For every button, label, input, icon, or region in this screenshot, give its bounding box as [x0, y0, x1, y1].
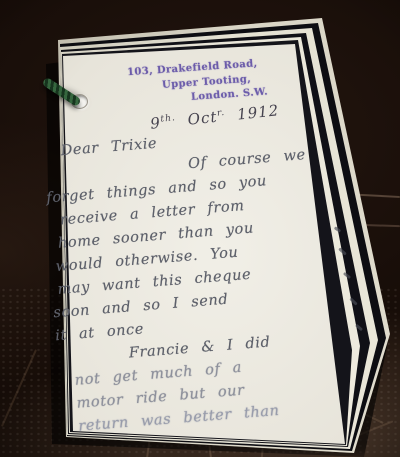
date-day-suffix: th. — [160, 113, 176, 125]
date-month-suffix: r. — [216, 108, 225, 119]
letter-body: Dear Trixie Of course we forget things a… — [38, 118, 361, 440]
photo-scene: 103, Drakefield Road, Upper Tooting, Lon… — [0, 0, 400, 457]
date-month: Oct — [187, 108, 218, 129]
